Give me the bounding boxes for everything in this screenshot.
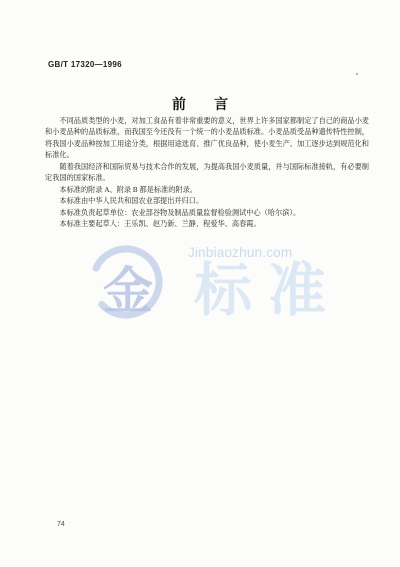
foreword-paragraph: 本标准负责起草单位：农业部谷物及制品质量监督检验测试中心（哈尔滨）。 (45, 208, 369, 219)
foreword-paragraph: 不同品质类型的小麦，对加工食品有着非常重要的意义，世界上许多国家都制定了自己的商… (45, 116, 369, 162)
watermark-logo-circle-icon (84, 240, 168, 324)
foreword-paragraph: 本标准由中华人民共和国农业部提出并归口。 (45, 196, 369, 207)
page-title: 前 言 (0, 94, 400, 114)
foreword-body: 不同品质类型的小麦，对加工食品有着非常重要的意义，世界上许多国家都制定了自己的商… (45, 116, 369, 231)
standard-code: GB/T 17320—1996 (48, 60, 122, 69)
foreword-paragraph: 随着我国经济和国际贸易与技术合作的发展，为提高我国小麦质量，并与国际标准接轨，有… (45, 162, 369, 185)
page-title-char-1: 前 (172, 94, 186, 114)
watermark-site-text: Jinbiaozhun.com (188, 245, 292, 260)
watermark-label-text: 标准 (194, 261, 342, 321)
page-number: 74 (57, 521, 65, 528)
foreword-paragraph: 本标准主要起草人：王乐凯、赵乃新、兰静、程爱华、高春霞。 (45, 219, 369, 230)
document-page: GB/T 17320—1996 金 Jinbiaozhun.com 标准 前 言… (0, 0, 400, 567)
watermark-logo-glyph: 金 (103, 266, 153, 316)
foreword-paragraph: 本标准的附录 A、附录 B 都是标准的附录。 (45, 185, 369, 196)
page-title-char-2: 言 (214, 94, 228, 114)
scan-noise-dot (356, 73, 358, 75)
